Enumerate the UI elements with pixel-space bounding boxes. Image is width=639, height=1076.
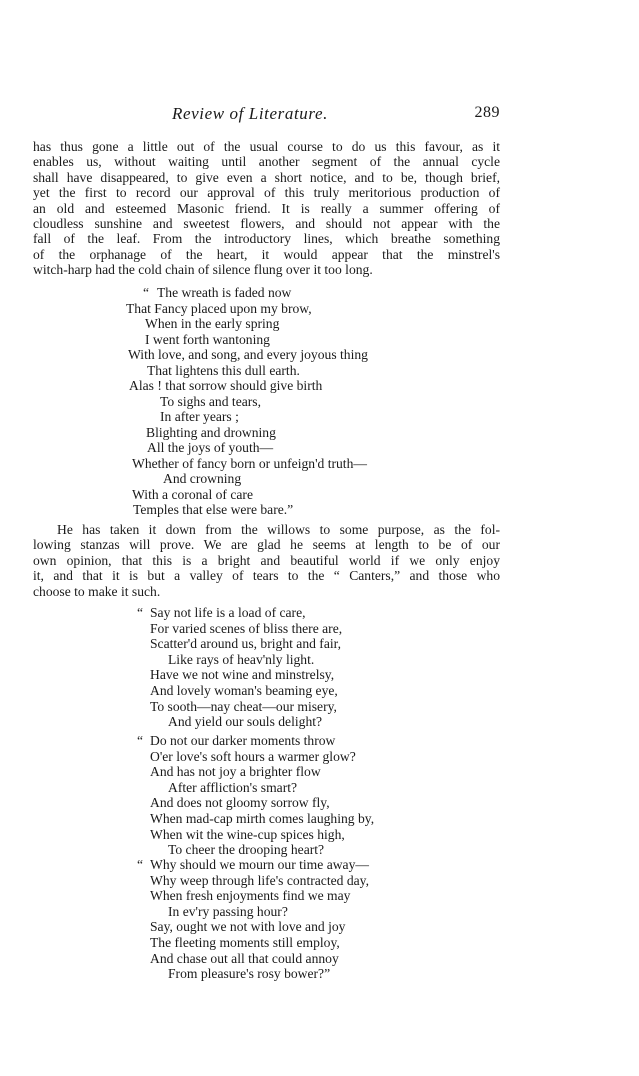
book-page: Review of Literature. 289 has thus gone … (0, 0, 639, 1076)
open-quote: “ (137, 857, 143, 872)
text-line: own opinion, that this is a bright and b… (33, 553, 500, 568)
text-line: fall of the leaf. From the introductory … (33, 231, 500, 246)
text-line: shall have disappeared, to give even a s… (33, 170, 500, 185)
poem-line: When wit the wine-cup spices high, (150, 827, 345, 842)
poem-line: After affliction's smart? (168, 780, 297, 795)
poem-line: For varied scenes of bliss there are, (150, 621, 342, 636)
poem-line: When in the early spring (145, 316, 279, 331)
poem-line: Do not our darker moments throw (150, 733, 335, 748)
text-line: enables us, without waiting until anothe… (33, 154, 500, 169)
poem-line: O'er love's soft hours a warmer glow? (150, 749, 356, 764)
poem-line: I went forth wantoning (145, 332, 270, 347)
poem-line: With love, and song, and every joyous th… (128, 347, 368, 362)
open-quote: “ (137, 733, 143, 748)
poem-line: Like rays of heav'nly light. (168, 652, 314, 667)
poem-line: The wreath is faded now (157, 285, 291, 300)
text-line: it, and that it is but a valley of tears… (33, 568, 500, 583)
paragraph-2: He has taken it down from the willows to… (33, 522, 500, 599)
poem-line: Say not life is a load of care, (150, 605, 306, 620)
text-line: witch-harp had the cold chain of silence… (33, 262, 500, 277)
poem-line: When fresh enjoyments find we may (150, 888, 350, 903)
open-quote: “ (143, 285, 149, 300)
poem-line: And lovely woman's beaming eye, (150, 683, 338, 698)
poem-line: All the joys of youth— (147, 440, 273, 455)
text-line: He has taken it down from the willows to… (33, 522, 500, 537)
poem-line: The fleeting moments still employ, (150, 935, 340, 950)
poem-line: That lightens this dull earth. (147, 363, 300, 378)
poem-line: And chase out all that could annoy (150, 951, 339, 966)
text-line: an old and esteemed Masonic friend. It i… (33, 201, 500, 216)
poem-line: To cheer the drooping heart? (168, 842, 324, 857)
running-head: Review of Literature. 289 (33, 104, 500, 126)
running-title: Review of Literature. (172, 104, 328, 124)
text-line: of the orphanage of the heart, it would … (33, 247, 500, 262)
poem-line: Scatter'd around us, bright and fair, (150, 636, 341, 651)
poem-line: When mad-cap mirth comes laughing by, (150, 811, 374, 826)
poem-line: That Fancy placed upon my brow, (126, 301, 312, 316)
poem-line: With a coronal of care (132, 487, 253, 502)
poem-line: Temples that else were bare.” (133, 502, 293, 517)
text-line: has thus gone a little out of the usual … (33, 139, 500, 154)
poem-line: Why should we mourn our time away— (150, 857, 369, 872)
poem-line: And does not gloomy sorrow fly, (150, 795, 330, 810)
poem-line: Whether of fancy born or unfeign'd truth… (132, 456, 367, 471)
poem-line: And crowning (163, 471, 241, 486)
poem-line: Alas ! that sorrow should give birth (129, 378, 322, 393)
poem-line: And has not joy a brighter flow (150, 764, 321, 779)
poem-line: In after years ; (160, 409, 239, 424)
paragraph-1: has thus gone a little out of the usual … (33, 139, 500, 278)
poem-line: To sooth—nay cheat—our misery, (150, 699, 337, 714)
poem-line: And yield our souls delight? (168, 714, 322, 729)
poem-line: Why weep through life's contracted day, (150, 873, 369, 888)
poem-line: In ev'ry passing hour? (168, 904, 288, 919)
poem-line: From pleasure's rosy bower?” (168, 966, 330, 981)
text-line: yet the first to record our approval of … (33, 185, 500, 200)
page-number: 289 (475, 104, 501, 122)
poem-line: To sighs and tears, (160, 394, 261, 409)
text-line: lowing stanzas will prove. We are glad h… (33, 537, 500, 552)
poem-line: Say, ought we not with love and joy (150, 919, 345, 934)
text-line: cloudless sunshine and sweetest flowers,… (33, 216, 500, 231)
poem-line: Have we not wine and minstrelsy, (150, 667, 334, 682)
open-quote: “ (137, 605, 143, 620)
text-line: choose to make it such. (33, 584, 500, 599)
poem-line: Blighting and drowning (146, 425, 276, 440)
